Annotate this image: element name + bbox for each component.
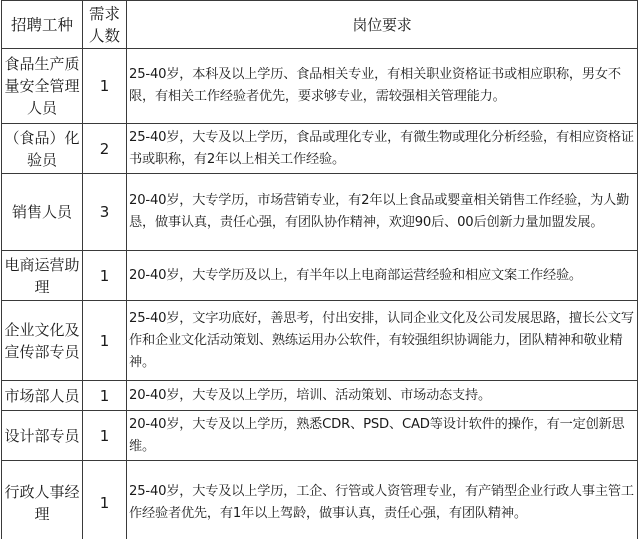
job-type-cell: 市场部人员 bbox=[2, 381, 83, 411]
headcount-cell: 1 bbox=[83, 251, 127, 301]
table-row: 市场部人员 1 20-40岁，大专及以上学历，培训、活动策划、市场动态支持。 bbox=[2, 381, 638, 411]
headcount-cell: 1 bbox=[83, 461, 127, 539]
job-type-cell: 食品生产质量安全管理人员 bbox=[2, 49, 83, 124]
job-type-cell: 电商运营助理 bbox=[2, 251, 83, 301]
table-row: 设计部专员 1 20-40岁，大专及以上学历，熟悉CDR、PSD、CAD等设计软… bbox=[2, 411, 638, 461]
headcount-cell: 2 bbox=[83, 124, 127, 174]
job-type-cell: 设计部专员 bbox=[2, 411, 83, 461]
headcount-cell: 1 bbox=[83, 49, 127, 124]
requirements-cell: 20-40岁，大专及以上学历，培训、活动策划、市场动态支持。 bbox=[127, 381, 638, 411]
requirements-cell: 20-40岁，大专学历及以上，有半年以上电商部运营经验和相应文案工作经验。 bbox=[127, 251, 638, 301]
table-row: 电商运营助理 1 20-40岁，大专学历及以上，有半年以上电商部运营经验和相应文… bbox=[2, 251, 638, 301]
table-header-row: 招聘工种 需求人数 岗位要求 bbox=[2, 1, 638, 49]
job-type-cell: （食品）化验员 bbox=[2, 124, 83, 174]
job-type-cell: 企业文化及宣传部专员 bbox=[2, 301, 83, 381]
headcount-cell: 3 bbox=[83, 174, 127, 251]
table-row: （食品）化验员 2 25-40岁，大专及以上学历，食品或理化专业，有微生物或理化… bbox=[2, 124, 638, 174]
headcount-cell: 1 bbox=[83, 411, 127, 461]
header-requirements: 岗位要求 bbox=[127, 1, 638, 49]
requirements-cell: 25-40岁，大专及以上学历，食品或理化专业，有微生物或理化分析经验，有相应资格… bbox=[127, 124, 638, 174]
table-row: 食品生产质量安全管理人员 1 25-40岁，本科及以上学历、食品相关专业，有相关… bbox=[2, 49, 638, 124]
requirements-cell: 25-40岁，大专及以上学历，工企、行管或人资管理专业，有产销型企业行政人事主管… bbox=[127, 461, 638, 539]
job-type-cell: 销售人员 bbox=[2, 174, 83, 251]
recruitment-table: 招聘工种 需求人数 岗位要求 食品生产质量安全管理人员 1 25-40岁，本科及… bbox=[1, 0, 638, 539]
job-type-cell: 行政人事经理 bbox=[2, 461, 83, 539]
table-row: 行政人事经理 1 25-40岁，大专及以上学历，工企、行管或人资管理专业，有产销… bbox=[2, 461, 638, 539]
header-headcount: 需求人数 bbox=[83, 1, 127, 49]
headcount-cell: 1 bbox=[83, 381, 127, 411]
header-job-type: 招聘工种 bbox=[2, 1, 83, 49]
requirements-cell: 20-40岁，大专及以上学历，熟悉CDR、PSD、CAD等设计软件的操作，有一定… bbox=[127, 411, 638, 461]
table-row: 销售人员 3 20-40岁，大专学历，市场营销专业，有2年以上食品或婴童相关销售… bbox=[2, 174, 638, 251]
table-row: 企业文化及宣传部专员 1 25-40岁，文字功底好，善思考，付出安排，认同企业文… bbox=[2, 301, 638, 381]
headcount-cell: 1 bbox=[83, 301, 127, 381]
requirements-cell: 25-40岁，本科及以上学历、食品相关专业，有相关职业资格证书或相应职称，男女不… bbox=[127, 49, 638, 124]
requirements-cell: 20-40岁，大专学历，市场营销专业，有2年以上食品或婴童相关销售工作经验，为人… bbox=[127, 174, 638, 251]
requirements-cell: 25-40岁，文字功底好，善思考，付出安排，认同企业文化及公司发展思路，擅长公文… bbox=[127, 301, 638, 381]
